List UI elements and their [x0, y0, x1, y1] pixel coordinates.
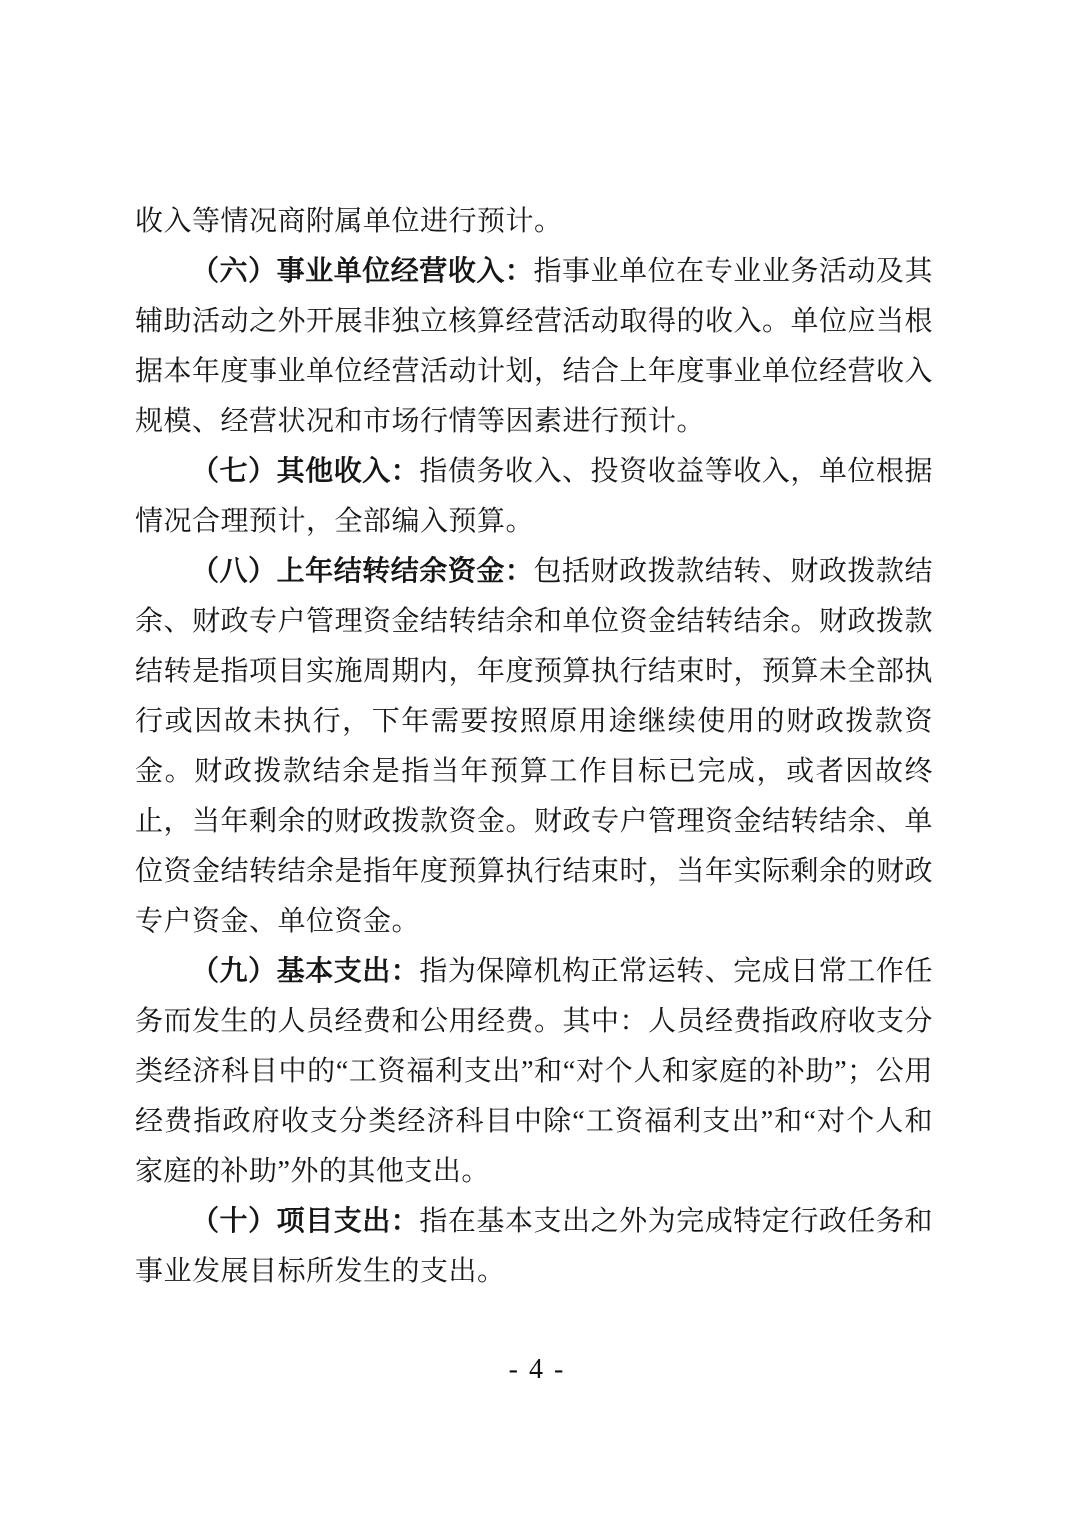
- paragraph: （六）事业单位经营收入：指事业单位在专业业务活动及其辅助活动之外开展非独立核算经…: [135, 247, 933, 447]
- paragraph-heading: （六）事业单位经营收入：: [191, 256, 533, 287]
- paragraph-heading: （七）其他收入：: [191, 456, 419, 487]
- paragraph-body: 收入等情况商附属单位进行预计。: [135, 206, 563, 237]
- page-number: - 4 -: [0, 1352, 1074, 1388]
- paragraph: （九）基本支出：指为保障机构正常运转、完成日常工作任务而发生的人员经费和公用经费…: [135, 947, 933, 1197]
- paragraph-heading: （九）基本支出：: [191, 956, 419, 987]
- paragraph-continuation: 收入等情况商附属单位进行预计。: [135, 197, 933, 247]
- paragraph-heading: （八）上年结转结余资金：: [191, 556, 533, 587]
- paragraph: （七）其他收入：指债务收入、投资收益等收入，单位根据情况合理预计，全部编入预算。: [135, 447, 933, 547]
- paragraph-heading: （十）项目支出：: [191, 1206, 419, 1237]
- paragraph-body: 包括财政拨款结转、财政拨款结余、财政专户管理资金结转结余和单位资金结转结余。财政…: [135, 556, 933, 937]
- paragraph: （八）上年结转结余资金：包括财政拨款结转、财政拨款结余、财政专户管理资金结转结余…: [135, 547, 933, 947]
- paragraph-body: 指为保障机构正常运转、完成日常工作任务而发生的人员经费和公用经费。其中：人员经费…: [135, 956, 933, 1187]
- paragraph: （十）项目支出：指在基本支出之外为完成特定行政任务和事业发展目标所发生的支出。: [135, 1197, 933, 1297]
- page-content: 收入等情况商附属单位进行预计。 （六）事业单位经营收入：指事业单位在专业业务活动…: [135, 197, 933, 1297]
- document-page: 收入等情况商附属单位进行预计。 （六）事业单位经营收入：指事业单位在专业业务活动…: [0, 0, 1074, 1520]
